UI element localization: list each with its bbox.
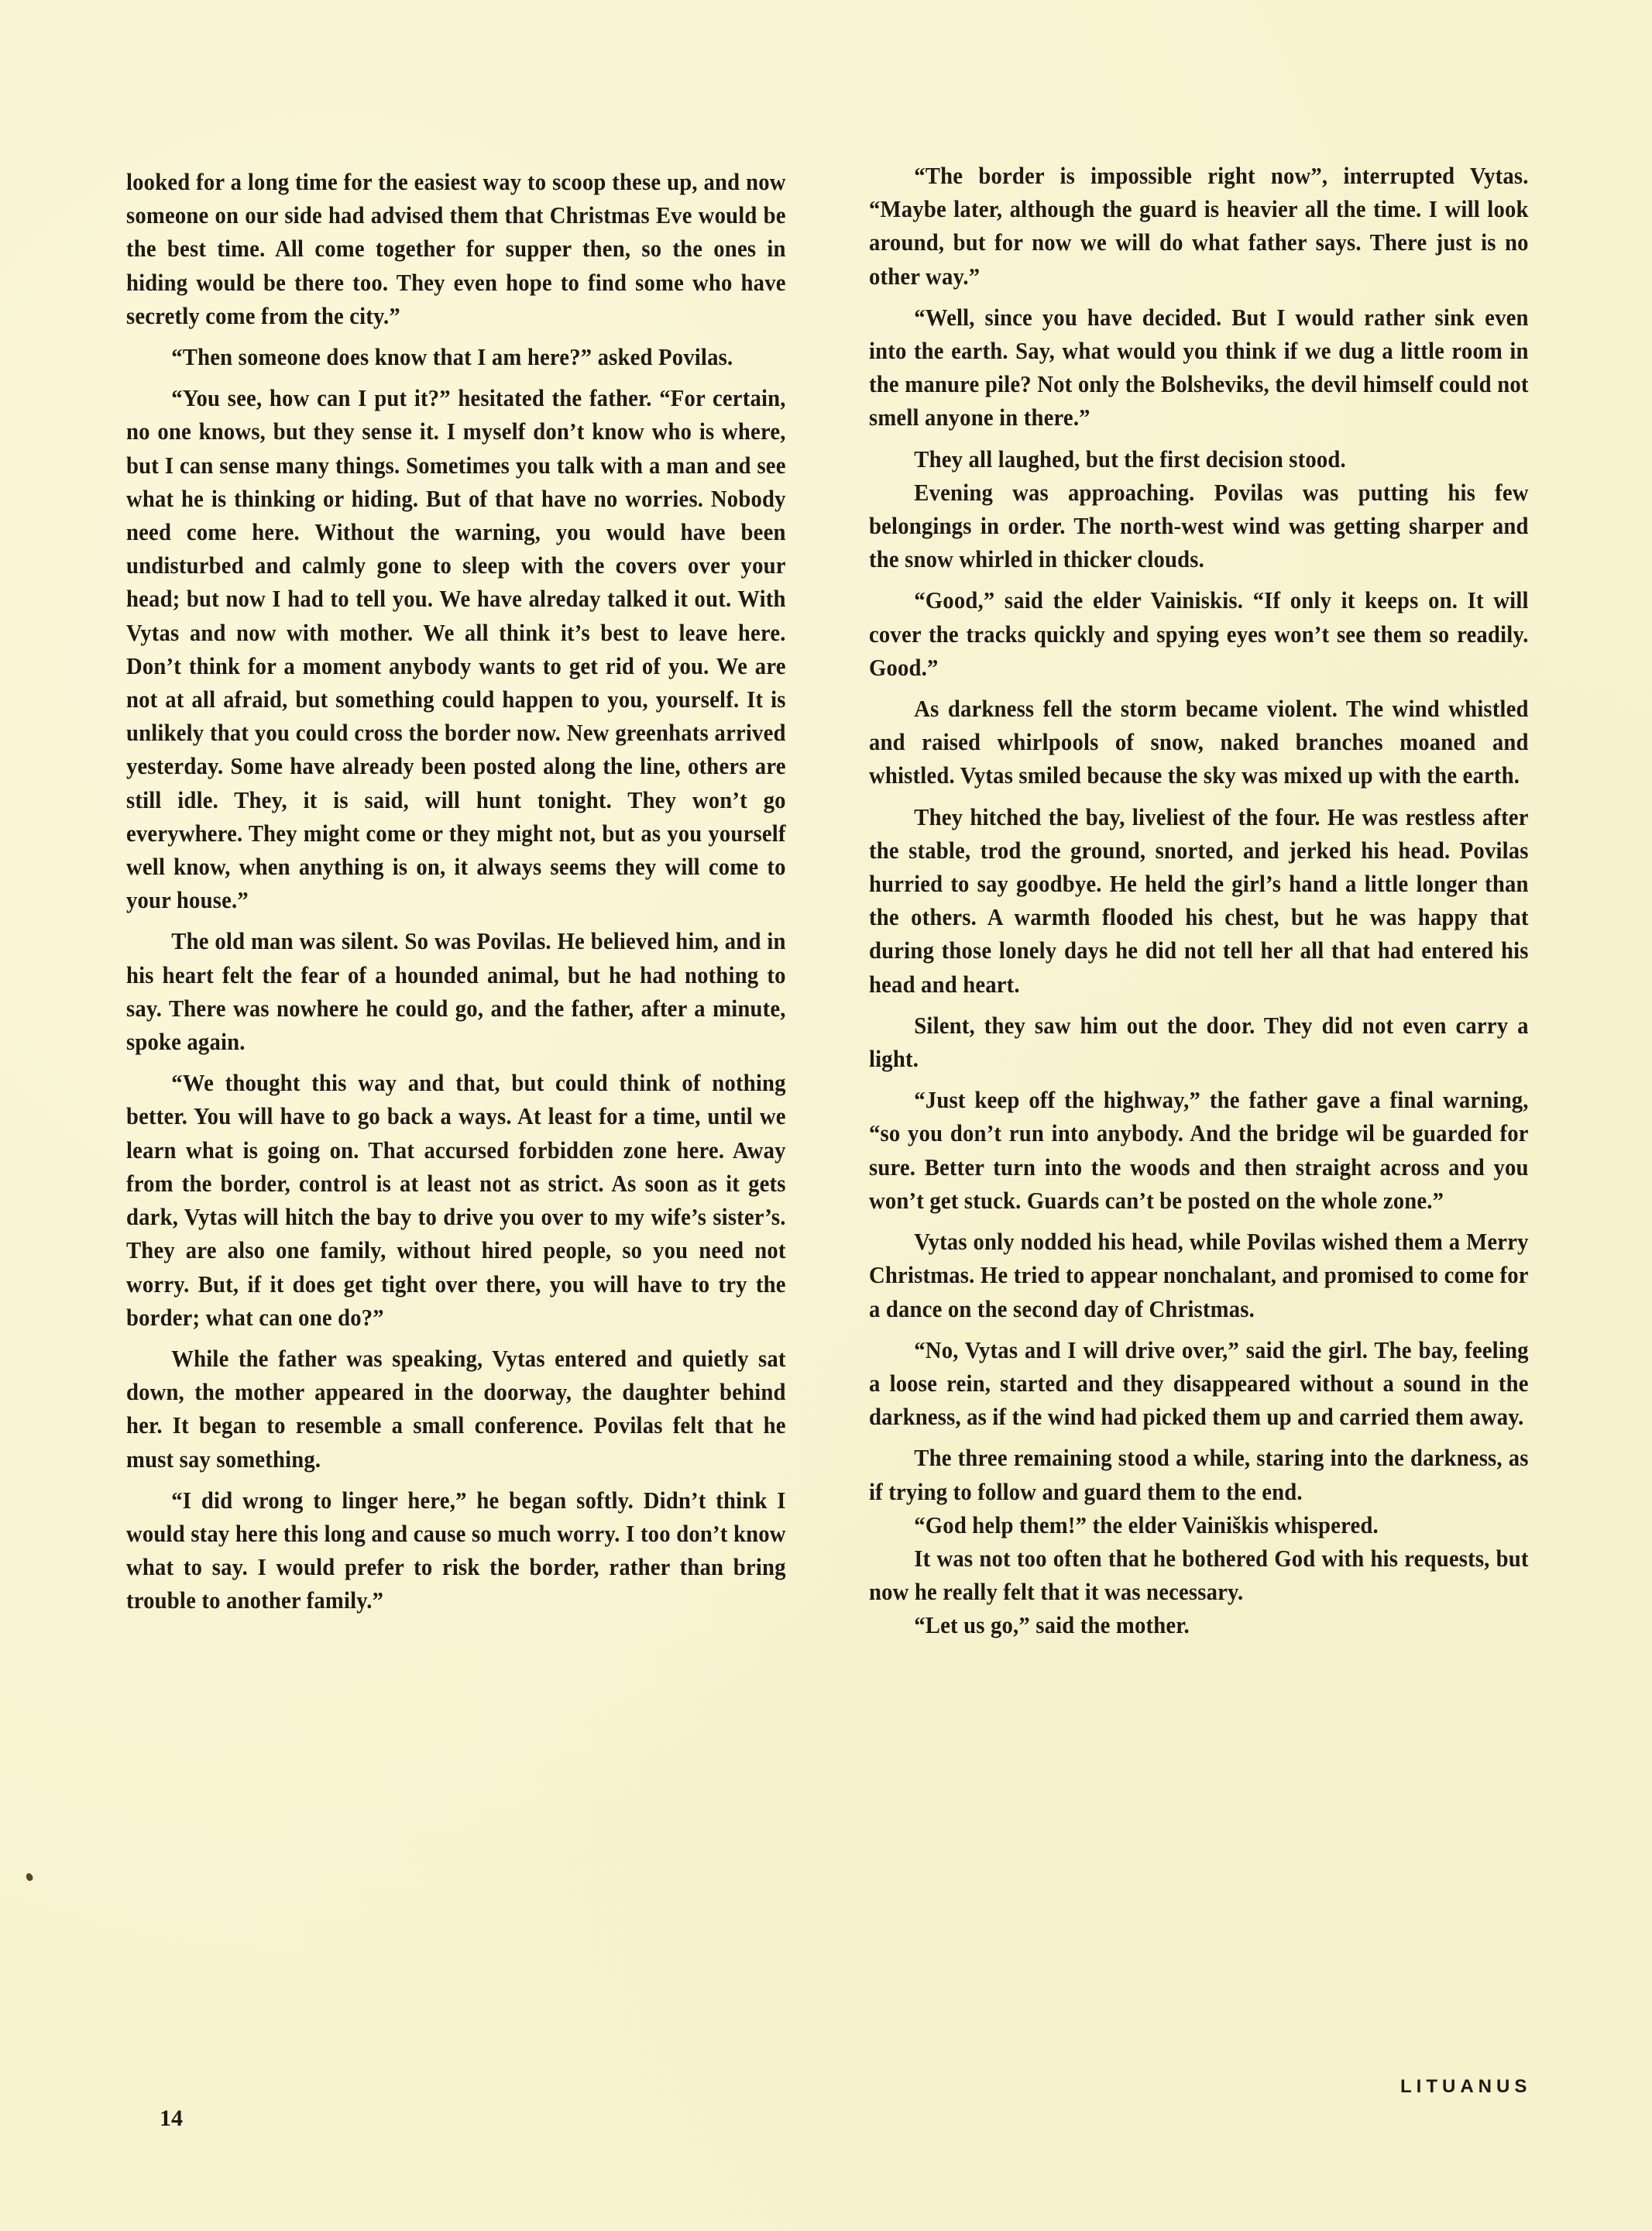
paragraph: “Well, since you have decided. But I wou… xyxy=(869,301,1529,435)
paragraph: It was not too often that he bothered Go… xyxy=(869,1542,1529,1609)
magazine-page: looked for a long time for the easiest w… xyxy=(0,0,1652,2231)
paragraph: They hitched the bay, liveliest of the f… xyxy=(869,801,1529,1002)
paragraph: As darkness fell the storm became violen… xyxy=(869,693,1529,793)
paragraph: Silent, they saw him out the door. They … xyxy=(869,1009,1529,1076)
paragraph: They all laughed, but the first decision… xyxy=(869,443,1529,476)
paragraph: “No, Vytas and I will drive over,” said … xyxy=(869,1334,1529,1435)
left-text-column: looked for a long time for the easiest w… xyxy=(126,166,786,1626)
paragraph: Vytas only nodded his head, while Povila… xyxy=(869,1226,1529,1326)
paragraph: While the father was speaking, Vytas ent… xyxy=(126,1342,786,1476)
paragraph: “We thought this way and that, but could… xyxy=(126,1067,786,1335)
paragraph: “God help them!” the elder Vainiškis whi… xyxy=(869,1509,1529,1542)
paragraph: “Just keep off the highway,” the father … xyxy=(869,1084,1529,1218)
print-speck-mark xyxy=(25,1872,33,1882)
paragraph: looked for a long time for the easiest w… xyxy=(126,166,786,333)
journal-name: LITUANUS xyxy=(1400,2076,1531,2098)
paragraph: The old man was silent. So was Povilas. … xyxy=(126,925,786,1059)
page-number: 14 xyxy=(160,2106,183,2132)
paragraph: “Good,” said the elder Vainiskis. “If on… xyxy=(869,584,1529,685)
paragraph: Evening was approaching. Povilas was put… xyxy=(869,476,1529,577)
paragraph: “I did wrong to linger here,” he began s… xyxy=(126,1484,786,1618)
paragraph: “Let us go,” said the mother. xyxy=(869,1609,1529,1642)
paragraph: “The border is impossible right now”, in… xyxy=(869,160,1529,294)
right-text-column: “The border is impossible right now”, in… xyxy=(869,160,1529,1643)
paragraph: “You see, how can I put it?” hesitated t… xyxy=(126,382,786,917)
paragraph: The three remaining stood a while, stari… xyxy=(869,1442,1529,1508)
paragraph: “Then someone does know that I am here?”… xyxy=(126,341,786,374)
